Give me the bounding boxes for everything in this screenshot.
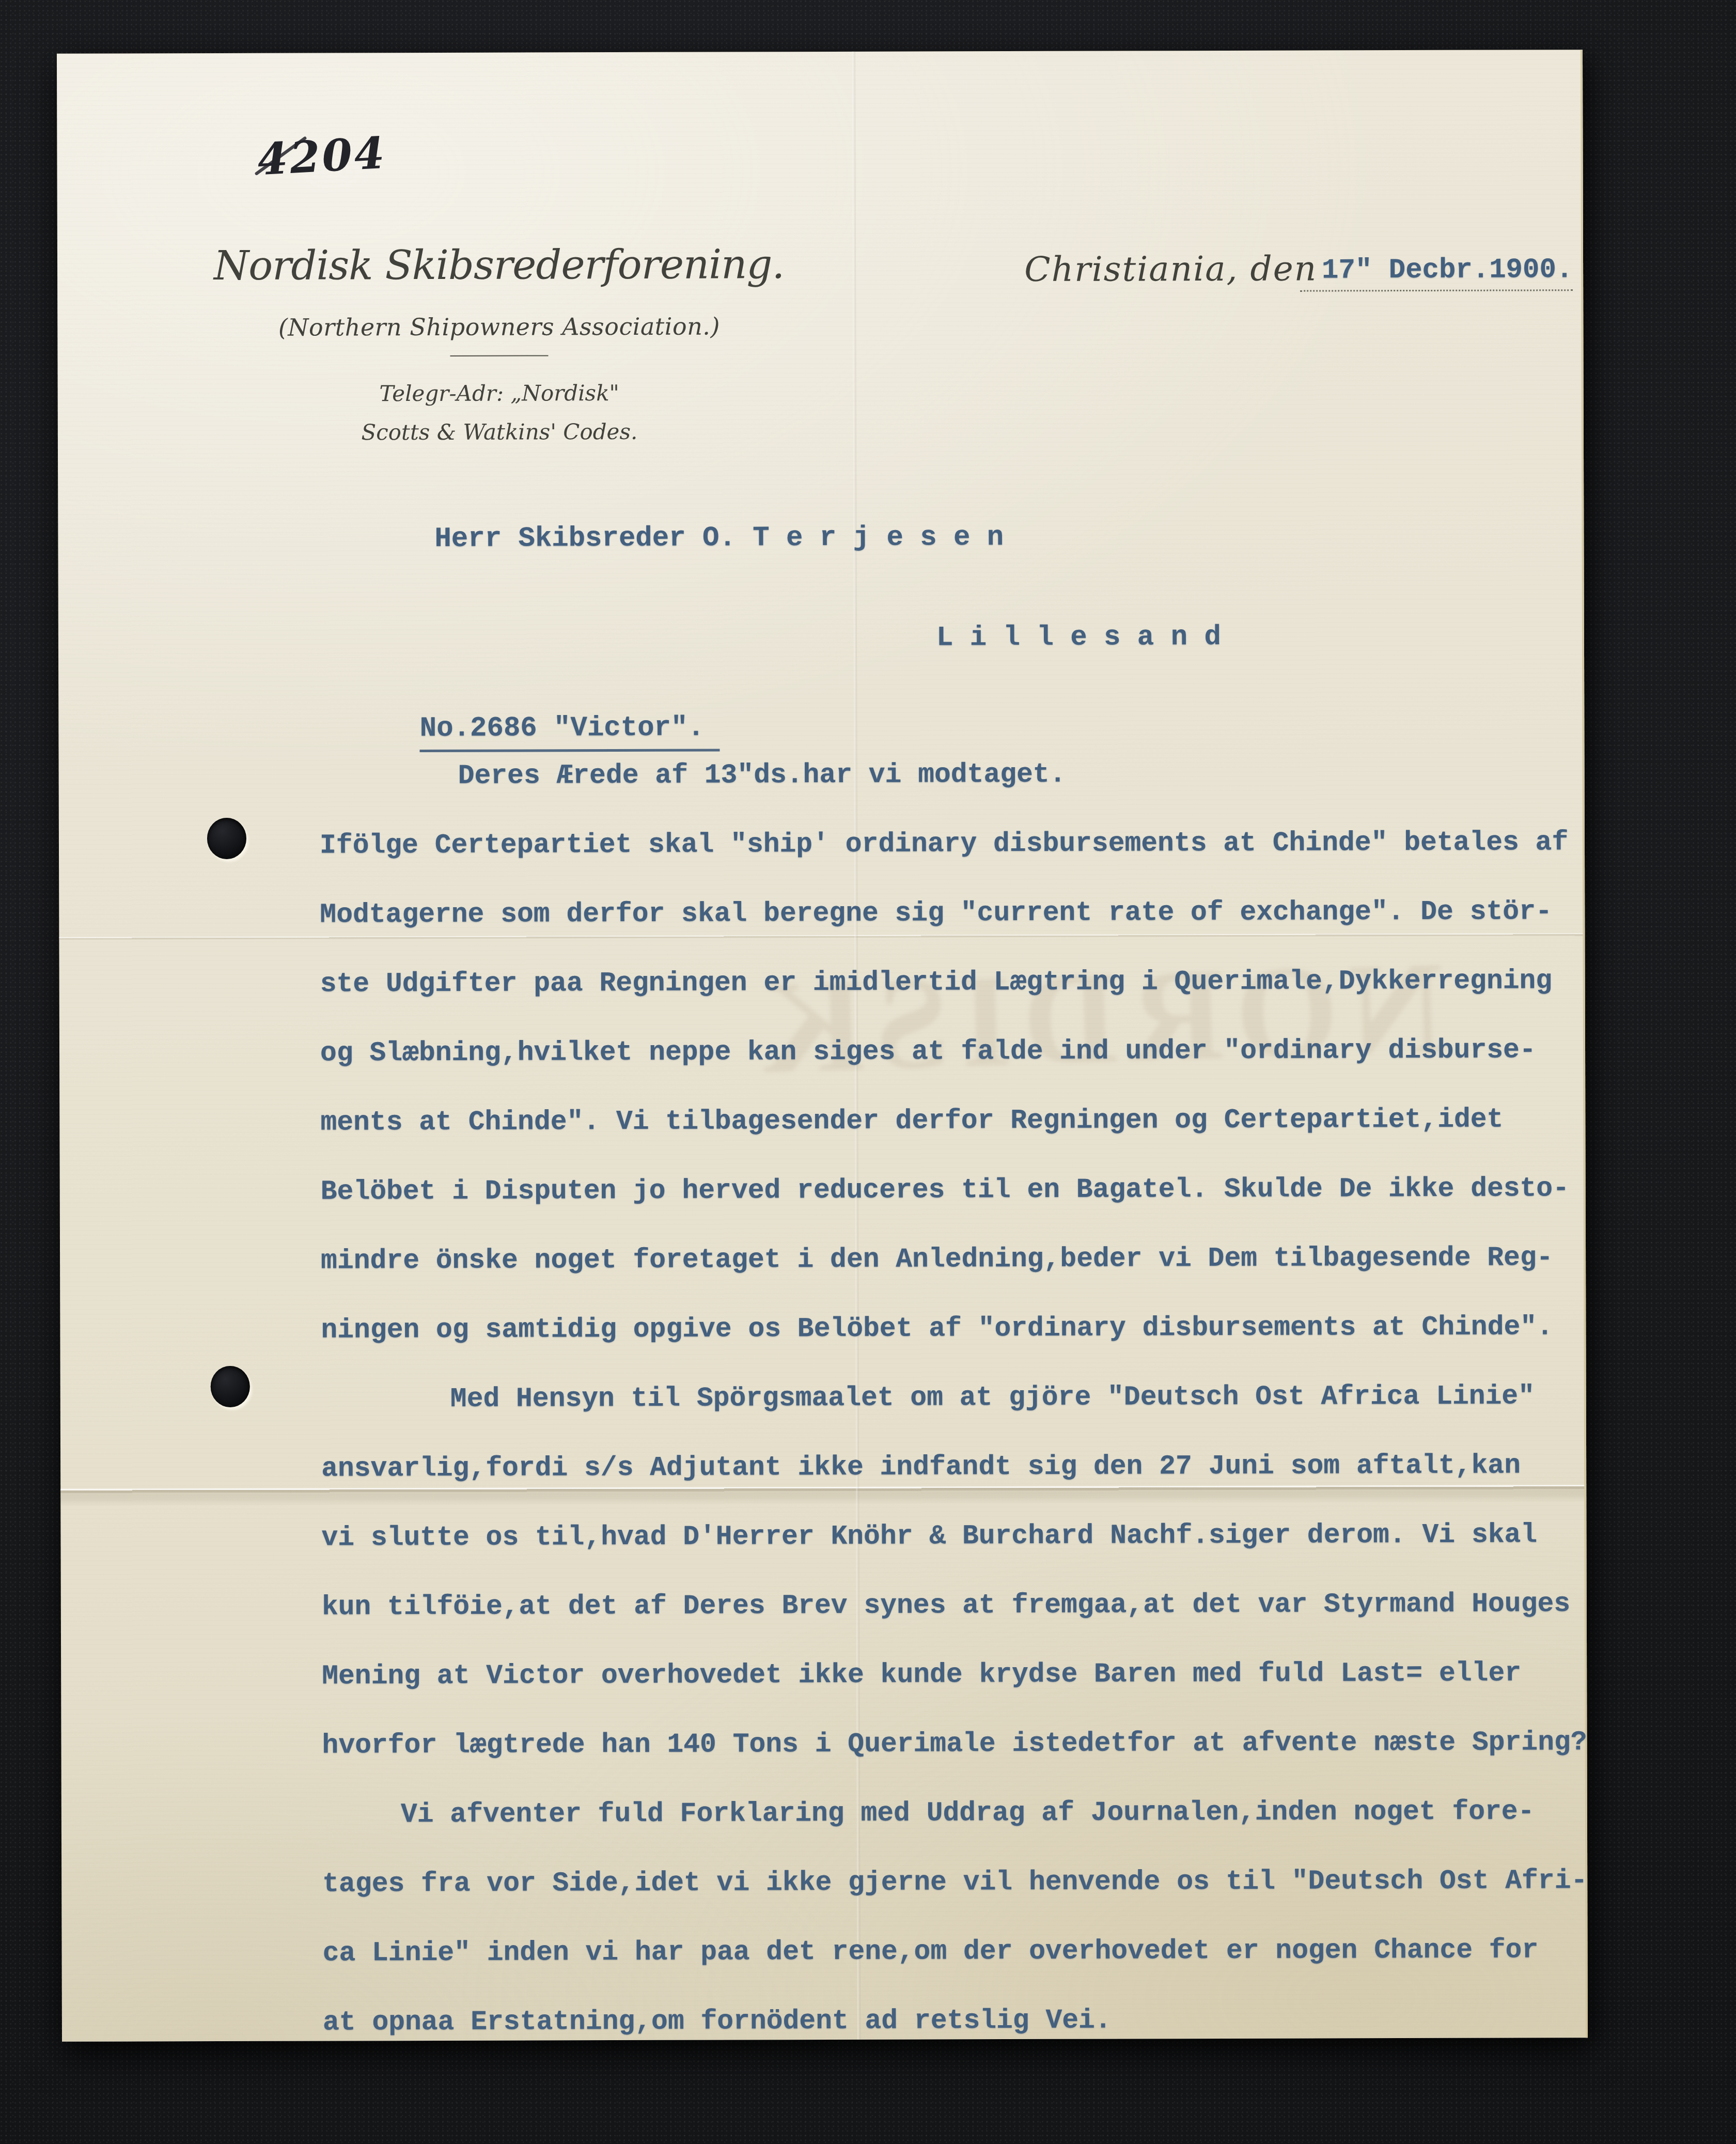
letter-page: NORDISK 4204 Nordisk Skibsrederforening.…	[57, 50, 1588, 2042]
body-line: tages fra vor Side,idet vi ikke gjerne v…	[322, 1864, 1624, 1937]
body-line: Deres Ærede af 13"ds.har vi modtaget.	[320, 756, 1621, 829]
subject-text: No.2686 "Victor".	[420, 713, 720, 752]
body-line: kun tilföie,at det af Deres Brev synes a…	[322, 1587, 1623, 1660]
dateline-place: Christiania, den	[1024, 252, 1317, 286]
telegraph-address: Telegr-Adr: „Nordisk"	[177, 380, 822, 407]
scan-background: NORDISK 4204 Nordisk Skibsrederforening.…	[0, 0, 1736, 2144]
recipient-name: Herr Skibsreder O. T e r j e s e n	[434, 522, 1004, 554]
letterhead-divider	[450, 355, 549, 356]
dateline-dotted-rule	[1300, 272, 1573, 291]
org-name-english: (Northern Shipowners Association.)	[176, 313, 822, 341]
body-line: ste Udgifter paa Regningen er imidlertid…	[320, 964, 1622, 1037]
body-line: ningen og samtidig opgive os Belöbet af …	[321, 1310, 1622, 1383]
body-line: og Slæbning,hvilket neppe kan siges at f…	[320, 1033, 1622, 1106]
punch-hole-top	[207, 818, 246, 859]
body-line: Mening at Victor overhovedet ikke kunde …	[322, 1656, 1623, 1729]
body-line: mindre önske noget foretaget i den Anled…	[321, 1241, 1622, 1314]
letter-body: Deres Ærede af 13"ds.har vi modtaget.Ifö…	[320, 756, 1625, 2075]
body-line: Belöbet i Disputen jo herved reduceres t…	[321, 1172, 1622, 1245]
punch-hole-bottom	[211, 1366, 250, 1407]
archive-ref-number: 4204	[256, 131, 387, 182]
body-line: ments at Chinde". Vi tilbagesender derfo…	[320, 1102, 1622, 1175]
body-line: at opnaa Erstatning,om fornödent ad rets…	[323, 2002, 1624, 2075]
body-line: vi slutte os til,hvad D'Herrer Knöhr & B…	[321, 1518, 1623, 1591]
body-line: ansvarlig,fordi s/s Adjutant ikke indfan…	[321, 1449, 1623, 1521]
letterhead: Nordisk Skibsrederforening. (Northern Sh…	[176, 243, 822, 445]
org-name: Nordisk Skibsrederforening.	[176, 243, 822, 289]
body-line: hvorfor lægtrede han 140 Tons i Querimal…	[322, 1726, 1623, 1798]
body-line: Modtagerne som derfor skal beregne sig "…	[320, 895, 1621, 968]
body-line: Vi afventer fuld Forklaring med Uddrag a…	[322, 1795, 1624, 1868]
recipient-city: L i l l e s a n d	[936, 622, 1221, 654]
body-line: Ifölge Certepartiet skal "ship' ordinary…	[320, 826, 1621, 898]
body-line: ca Linie" inden vi har paa det rene,om d…	[323, 1933, 1624, 2006]
body-line: Med Hensyn til Spörgsmaalet om at gjöre …	[321, 1379, 1623, 1452]
telegraph-codes: Scotts & Watkins' Codes.	[177, 419, 822, 446]
